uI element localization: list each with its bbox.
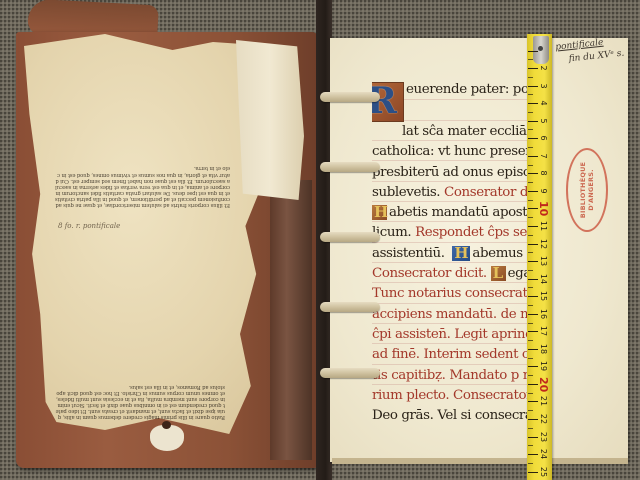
- tape-tick: [528, 358, 533, 359]
- tape-label: 12: [539, 237, 547, 251]
- ms-line-9: Consecrator dicit. Legat: [372, 264, 532, 284]
- ms-line-7: licum. Respondet ĉps senior: [372, 223, 532, 243]
- tape-tick: [528, 410, 533, 411]
- tape-label: 2: [539, 61, 547, 75]
- printed-text-block-bottom: Ratio quare in illis primis magis creder…: [55, 270, 225, 420]
- tape-label: 8: [539, 166, 547, 180]
- ms-line-1: Reuerende pater: posti lat sĉa mater ecc…: [372, 80, 532, 142]
- illuminated-initial-r: R: [372, 82, 404, 122]
- tape-tick: [528, 419, 538, 420]
- tape-tick: [528, 314, 538, 315]
- tape-tick: [528, 279, 538, 280]
- tape-tick: [528, 235, 533, 236]
- tape-tick: [528, 366, 538, 367]
- tape-label: 21: [539, 394, 547, 408]
- tape-tick: [528, 305, 533, 306]
- tape-label: 16: [539, 307, 547, 321]
- tape-tick: [528, 68, 538, 69]
- tape-tick: [528, 261, 538, 262]
- tape-tick: [528, 77, 533, 78]
- tape-tick: [528, 138, 538, 139]
- pencil-note-text: fo. r. pontificale: [65, 222, 121, 230]
- tape-label: 25: [539, 465, 547, 479]
- tape-tick: [528, 59, 533, 60]
- tape-label: 19: [539, 359, 547, 373]
- tape-tick: [528, 401, 538, 402]
- sewing-thong-5: [320, 368, 380, 378]
- tape-tick: [528, 331, 538, 332]
- tape-tick: [528, 182, 533, 183]
- tape-tick: [528, 375, 533, 376]
- manuscript-text: Reuerende pater: posti lat sĉa mater ecc…: [372, 80, 532, 426]
- tape-tick: [528, 217, 533, 218]
- ms-line-3: catholica: vt hunc presenter: [372, 142, 532, 162]
- tape-label: 3: [539, 79, 547, 93]
- tape-label: 14: [539, 272, 547, 286]
- tape-label: 23: [539, 430, 547, 444]
- tape-tick: [528, 287, 533, 288]
- ms-line-11: accipiens mandatū. de manu: [372, 305, 532, 325]
- tape-label: 18: [539, 342, 547, 356]
- tape-tick: [528, 86, 538, 87]
- tape-tick: [528, 296, 538, 297]
- tape-label: 7: [539, 149, 547, 163]
- sewing-thong-2: [320, 162, 380, 172]
- pencil-annotation: 8 fo. r. pontificale: [58, 222, 120, 230]
- sewing-thong-4: [320, 302, 380, 312]
- ms-line-16: Deo grās. Vel si consecratio t: [372, 406, 532, 426]
- printed-text-block-top: Et illius corporis fratris ad salutem mi…: [55, 58, 230, 208]
- ms-line-13: ad finē. Interim sedent oēs te: [372, 345, 532, 365]
- tape-tick: [528, 94, 533, 95]
- folded-paper-flap: [236, 40, 304, 200]
- tape-label: 9: [539, 184, 547, 198]
- ms-line-5: sublevetis. Conserator dicit: [372, 183, 532, 203]
- paper-patch-with-stain: [150, 425, 184, 451]
- tape-tick: [528, 323, 533, 324]
- sewing-thong-3: [320, 232, 380, 242]
- tape-tick: [528, 244, 538, 245]
- ms-line-10: Tunc notarius consecratoris: [372, 284, 532, 304]
- tape-tick: [528, 103, 538, 104]
- tape-label: 10: [539, 201, 547, 215]
- ms-line-6: Habetis mandatū aposto: [372, 203, 532, 223]
- tape-tick: [528, 428, 533, 429]
- page-number: 8: [58, 222, 62, 230]
- tape-tick: [528, 340, 533, 341]
- spine-leather-strip: [270, 180, 312, 460]
- library-stamp: BIBLIOTHÈQUE D'ANGERS.: [566, 148, 608, 232]
- leaf-lower-edge: [332, 458, 628, 464]
- tape-label: 5: [539, 114, 547, 128]
- tape-tick: [528, 121, 538, 122]
- tape-tick: [528, 463, 533, 464]
- ms-line-14: tis capitibẓ. Mandato p not: [372, 366, 532, 386]
- tape-label: 13: [539, 254, 547, 268]
- tape-tick: [528, 437, 538, 438]
- tape-tick: [528, 270, 533, 271]
- tape-tick: [528, 454, 538, 455]
- tape-label: 17: [539, 324, 547, 338]
- tape-label: 4: [539, 96, 547, 110]
- sewing-thong-1: [320, 92, 380, 102]
- stamp-line-1: BIBLIOTHÈQUE: [579, 162, 587, 218]
- tape-label: 15: [539, 289, 547, 303]
- tape-label: 24: [539, 447, 547, 461]
- tape-tick: [528, 173, 538, 174]
- tape-label: 20: [539, 377, 547, 391]
- tape-label: 22: [539, 412, 547, 426]
- tape-tick: [528, 129, 533, 130]
- blue-initial-h: H: [452, 246, 470, 261]
- tape-tick: [528, 147, 533, 148]
- ms-line-15: rium plecto. Consecrator dic: [372, 386, 532, 406]
- tape-tick: [528, 191, 538, 192]
- tape-tick: [528, 156, 538, 157]
- tape-tick: [528, 51, 538, 52]
- ms-line-12: ĉpi assisten̄. Legit aprincipio: [372, 325, 532, 345]
- tape-tick: [528, 200, 533, 201]
- tape-tick: [528, 393, 533, 394]
- tape-tick: [528, 226, 538, 227]
- tape-tick: [528, 252, 533, 253]
- tape-label: 6: [539, 131, 547, 145]
- tape-label: 11: [539, 219, 547, 233]
- stamp-line-2: D'ANGERS.: [587, 162, 595, 218]
- tape-tick: [528, 112, 533, 113]
- ms-line-4: presbiterū ad onus episcopat: [372, 163, 532, 183]
- gold-initial-h: H: [372, 205, 387, 220]
- ms-line-8: assistentiū. Habemus: [372, 244, 532, 264]
- tape-tick: [528, 445, 533, 446]
- gold-initial-l: L: [491, 266, 506, 281]
- tape-tick: [528, 472, 538, 473]
- tape-tick: [528, 165, 533, 166]
- tape-tick: [528, 349, 538, 350]
